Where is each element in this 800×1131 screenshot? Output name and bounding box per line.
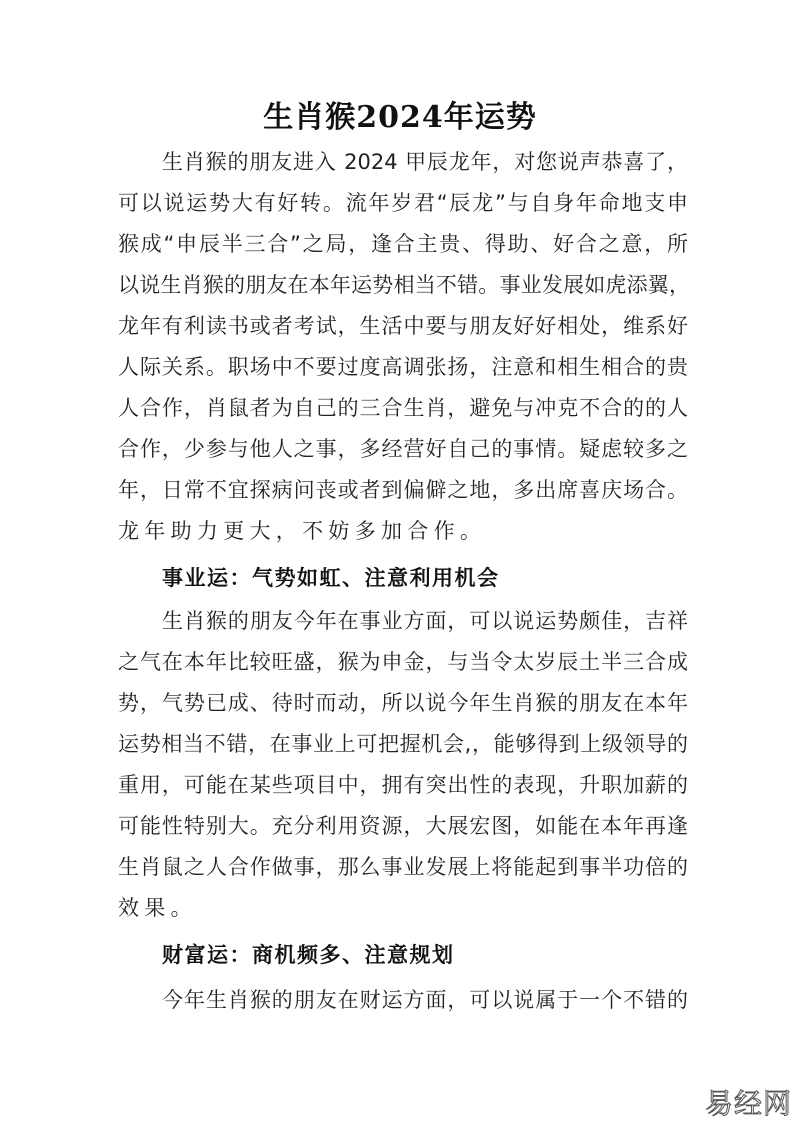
paragraph-line: 生肖猴的朋友进入 2024 甲辰龙年，对您说声恭喜了， (162, 147, 688, 177)
paragraph-line: 龙年助力更大，不妨多加合作。 (118, 516, 688, 546)
paragraph-line: 之气在本年比较旺盛，猴为申金，与当令太岁辰土半三合成 (118, 647, 688, 677)
site-watermark: 易经网 (705, 1087, 792, 1121)
section-heading-career: 事业运：气势如虹、注意利用机会 (162, 563, 732, 593)
paragraph-line: 今年生肖猴的朋友在财运方面，可以说属于一个不错的 (162, 985, 688, 1015)
paragraph-line: 势，气势已成、待时而动，所以说今年生肖猴的朋友在本年 (118, 688, 688, 718)
paragraph-line: 人际关系。职场中不要过度高调张扬，注意和相生相合的贵 (118, 352, 688, 382)
document-page: 生肖猴2024年运势 生肖猴的朋友进入 2024 甲辰龙年，对您说声恭喜了， 可… (0, 0, 800, 1131)
paragraph-line: 生肖猴的朋友今年在事业方面，可以说运势颇佳，吉祥 (162, 606, 688, 636)
paragraph-line: 年，日常不宜探病问丧或者到偏僻之地，多出席喜庆场合。 (118, 475, 688, 505)
paragraph-line: 运势相当不错，在事业上可把握机会,，能够得到上级领导的 (118, 729, 688, 759)
paragraph-line: 人合作，肖鼠者为自己的三合生肖，避免与冲克不合的的人 (118, 393, 688, 423)
section-heading-wealth: 财富运：商机频多、注意规划 (162, 940, 732, 970)
paragraph-line: 可以说运势大有好转。流年岁君“辰龙”与自身年命地支申 (118, 188, 688, 218)
paragraph-line: 合作，少参与他人之事，多经营好自己的事情。疑虑较多之 (118, 434, 688, 464)
paragraph-line: 以说生肖猴的朋友在本年运势相当不错。事业发展如虎添翼， (118, 270, 690, 300)
paragraph-line: 龙年有利读书或者考试，生活中要与朋友好好相处，维系好 (118, 311, 688, 341)
paragraph-line: 重用，可能在某些项目中，拥有突出性的表现，升职加薪的 (118, 770, 688, 800)
paragraph-line: 猴成“申辰半三合”之局，逢合主贵、得助、好合之意，所 (118, 229, 688, 259)
paragraph-line: 效果。 (118, 893, 688, 923)
document-title: 生肖猴2024年运势 (0, 98, 800, 138)
paragraph-line: 生肖鼠之人合作做事，那么事业发展上将能起到事半功倍的 (118, 852, 688, 882)
paragraph-line: 可能性特别大。充分利用资源，大展宏图，如能在本年再逢 (118, 811, 688, 841)
